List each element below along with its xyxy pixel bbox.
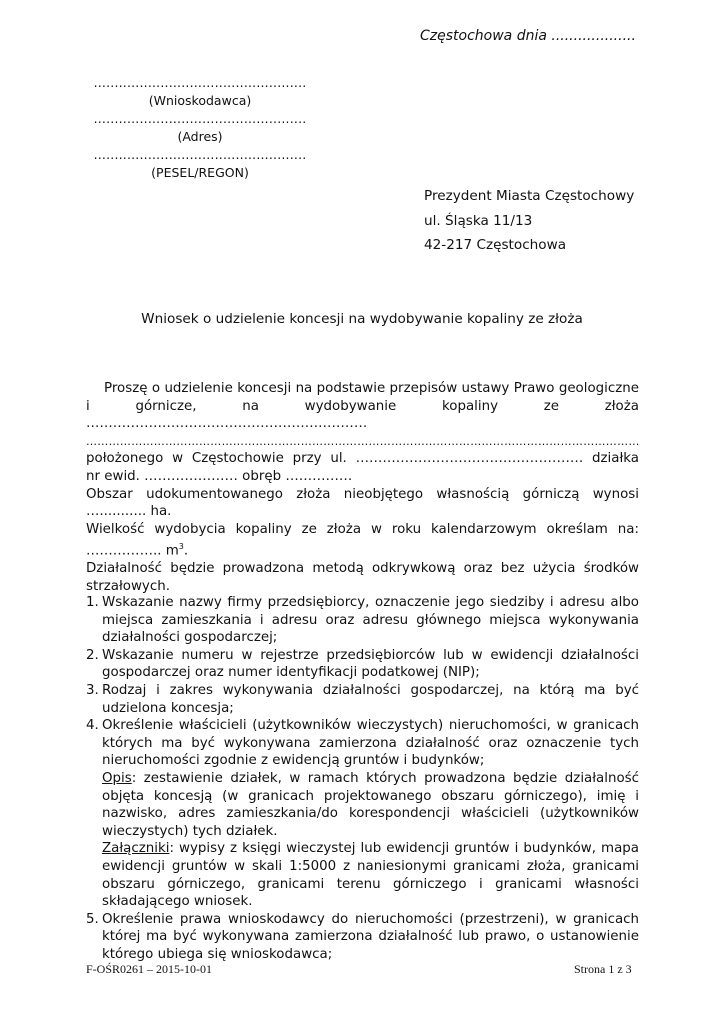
period: . bbox=[184, 544, 188, 559]
city-date-line: Częstochowa dnia ................... bbox=[420, 28, 636, 44]
list-text: Rodzaj i zakres wykonywania działalności… bbox=[102, 682, 639, 717]
page-number: Strona 1 z 3 bbox=[574, 962, 632, 977]
list-text: Wskazanie nazwy firmy przedsiębiorcy, oz… bbox=[102, 594, 639, 647]
list-text: Określenie prawa wnioskodawcy do nieruch… bbox=[102, 911, 639, 964]
recipient-address: Prezydent Miasta Częstochowy ul. Śląska … bbox=[424, 184, 634, 258]
list-item: 3. Rodzaj i zakres wykonywania działalno… bbox=[86, 682, 639, 717]
applicant-block: ........................................… bbox=[84, 74, 316, 182]
extraction-line: Wielkość wydobycia kopaliny ze złoża w r… bbox=[86, 521, 639, 539]
applicant-label: (Wnioskodawca) bbox=[84, 92, 316, 110]
location-line: położonego w Częstochowie przy ul. ……………… bbox=[86, 450, 639, 468]
description-note: Opis: zestawienie działek, w ramach któr… bbox=[102, 770, 639, 840]
list-item: 2. Wskazanie numeru w rejestrze przedsię… bbox=[86, 647, 639, 682]
request-body: Proszę o udzielenie koncesji na podstawi… bbox=[86, 380, 639, 596]
attachments-note: Załączniki: wypisy z księgi wieczystej l… bbox=[102, 840, 639, 910]
list-number: 5. bbox=[86, 911, 102, 964]
pesel-field: ........................................… bbox=[84, 146, 316, 164]
address-label: (Adres) bbox=[84, 128, 316, 146]
list-text: Wskazanie numeru w rejestrze przedsiębio… bbox=[102, 647, 639, 682]
description-label: Opis bbox=[102, 771, 132, 786]
list-number: 2. bbox=[86, 647, 102, 682]
request-paragraph: Proszę o udzielenie koncesji na podstawi… bbox=[86, 380, 639, 433]
form-id: F-OŚR0261 – 2015-10-01 bbox=[86, 962, 212, 977]
list-number: 1. bbox=[86, 594, 102, 647]
list-item: 5. Określenie prawa wnioskodawcy do nier… bbox=[86, 911, 639, 964]
document-title: Wniosek o udzielenie koncesji na wydobyw… bbox=[0, 311, 724, 327]
list-number: 3. bbox=[86, 682, 102, 717]
extraction-value-line: …………….. m3. bbox=[86, 538, 639, 560]
attachments-label: Załączniki bbox=[102, 841, 169, 856]
list-text: Określenie właścicieli (użytkowników wie… bbox=[102, 717, 639, 770]
list-number: 4. bbox=[86, 717, 102, 770]
description-text: : zestawienie działek, w ramach których … bbox=[102, 771, 639, 839]
list-item: 4. Określenie właścicieli (użytkowników … bbox=[86, 717, 639, 770]
list-item: 1. Wskazanie nazwy firmy przedsiębiorcy,… bbox=[86, 594, 639, 647]
attachments-text: : wypisy z księgi wieczystej lub ewidenc… bbox=[102, 841, 639, 909]
recipient-line-1: Prezydent Miasta Częstochowy bbox=[424, 184, 634, 209]
area-line: Obszar udokumentowanego złoża nieobjęteg… bbox=[86, 486, 639, 504]
recipient-line-2: ul. Śląska 11/13 bbox=[424, 209, 634, 234]
deposit-name-field: …………………………………………………………………………………………………………… bbox=[86, 433, 639, 451]
address-field: ........................................… bbox=[84, 110, 316, 128]
recipient-line-3: 42-217 Częstochowa bbox=[424, 233, 634, 258]
method-paragraph: Działalność będzie prowadzona metodą odk… bbox=[86, 560, 639, 595]
area-value-line: …........... ha. bbox=[86, 503, 639, 521]
pesel-label: (PESEL/REGON) bbox=[84, 164, 316, 182]
parcel-line: nr ewid. ………………… obręb …………… bbox=[86, 468, 639, 486]
requirements-list: 1. Wskazanie nazwy firmy przedsiębiorcy,… bbox=[86, 594, 639, 963]
extraction-value: …………….. m bbox=[86, 544, 179, 559]
applicant-name-field: ........................................… bbox=[84, 74, 316, 92]
